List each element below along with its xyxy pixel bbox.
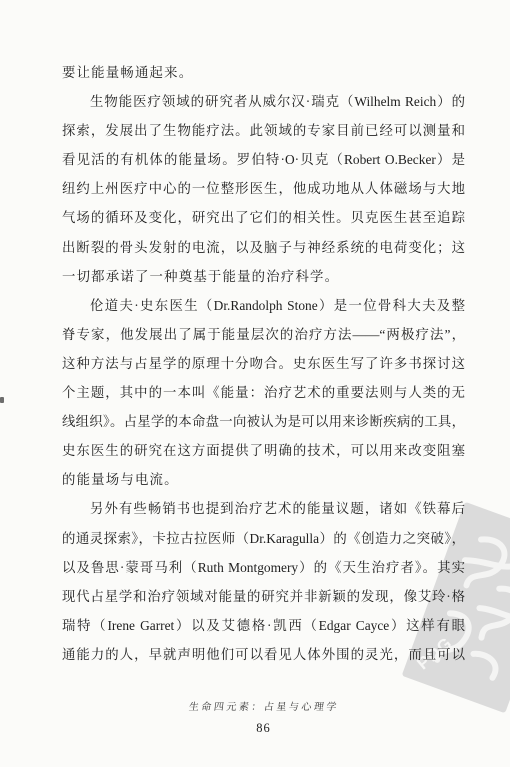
text-line: 气场的循环及变化，研究出了它们的相关性。贝克医生甚至追踪: [62, 203, 465, 232]
text-line: 以及鲁思·蒙哥马利（Ruth Montgomery）的《天生治疗者》。其实: [62, 553, 465, 582]
text-line: 伦道夫·史东医生（Dr.Randolph Stone）是一位骨科大夫及整: [62, 291, 465, 320]
text-line: 纽约上州医疗中心的一位整形医生，他成功地从人体磁场与大地: [62, 174, 465, 203]
body-text: 要让能量畅通起来。生物能医疗领域的研究者从威尔汉·瑞克（Wilhelm Reic…: [62, 58, 465, 669]
text-line: 脊专家，他发展出了属于能量层次的治疗方法——“两极疗法”，: [62, 320, 465, 349]
running-footer-book-title: 生命四元素：占星与心理学: [188, 698, 340, 713]
text-line: 通能力的人，早就声明他们可以看见人体外围的灵光，而且可以: [62, 640, 465, 669]
scan-ink-speck: [0, 397, 4, 403]
text-line: 的能量场与电流。: [62, 465, 465, 494]
page-number: 86: [62, 721, 465, 736]
text-line: 看见活的有机体的能量场。罗伯特·O·贝克（Robert O.Becker）是: [62, 145, 465, 174]
text-line: 另外有些畅销书也提到治疗艺术的能量议题，诸如《铁幕后: [62, 494, 465, 523]
text-line: 出断裂的骨头发射的电流，以及脑子与神经系统的电荷变化；这: [62, 233, 465, 262]
text-line: 史东医生的研究在这方面提供了明确的技术，可以用来改变阻塞: [62, 436, 465, 465]
text-line: 现代占星学和治疗领域对能量的研究并非新颖的发现，像艾玲·格: [62, 582, 465, 611]
text-line: 瑞特（Irene Garret）以及艾德格·凯西（Edgar Cayce）这样有…: [62, 611, 465, 640]
running-footer-title-row: 生命四元素：占星与心理学: [62, 697, 465, 715]
page-footer: 生命四元素：占星与心理学 86: [62, 697, 465, 736]
text-line: 线组织》。占星学的本命盘一向被认为是可以用来诊断疾病的工具，: [62, 407, 465, 436]
text-line: 要让能量畅通起来。: [62, 58, 465, 87]
text-line: 生物能医疗领域的研究者从威尔汉·瑞克（Wilhelm Reich）的: [62, 87, 465, 116]
text-line: 个主题，其中的一本叫《能量：治疗艺术的重要法则与人类的无: [62, 378, 465, 407]
text-line: 探索，发展出了生物能疗法。此领域的专家目前已经可以测量和: [62, 116, 465, 145]
book-page: PDG 要让能量畅通起来。生物能医疗领域的研究者从威尔汉·瑞克（Wilhelm …: [0, 0, 510, 767]
text-line: 一切都承诺了一种奠基于能量的治疗科学。: [62, 262, 465, 291]
text-line: 这种方法与占星学的原理十分吻合。史东医生写了许多书探讨这: [62, 349, 465, 378]
text-line: 的通灵探索》，卡拉古拉医师（Dr.Karagulla）的《创造力之突破》，: [62, 524, 465, 553]
